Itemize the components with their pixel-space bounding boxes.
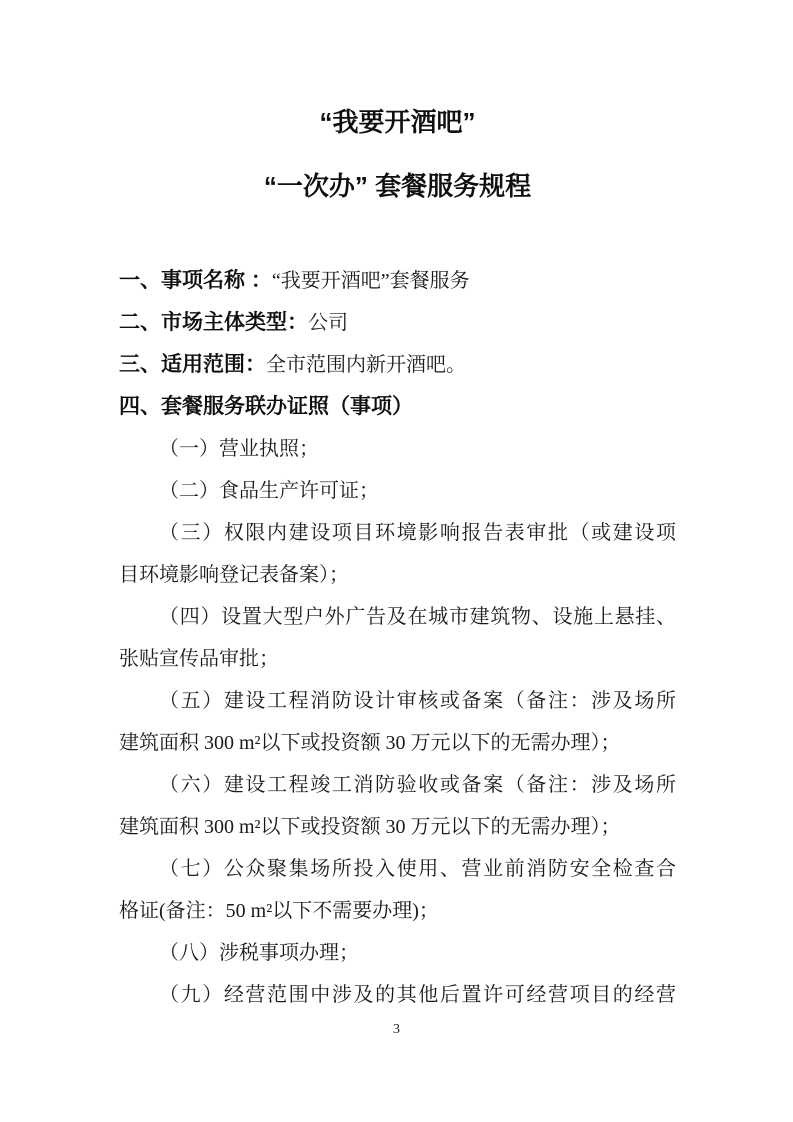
document-title: “我要开酒吧” “一次办” 套餐服务规程 (119, 90, 676, 218)
section-row: 四、套餐服务联办证照（事项） (119, 386, 676, 428)
page-number-footer: 3 (0, 1016, 793, 1044)
item-line: （八）涉税事项办理； (119, 932, 676, 974)
section-label: 四、套餐服务联办证照（事项） (119, 395, 413, 418)
item-line: 目环境影响登记表备案）； (119, 554, 676, 596)
item-line: （六）建设工程竣工消防验收或备案（备注：涉及场所 (119, 764, 676, 806)
item-line: 张贴宣传品审批； (119, 638, 676, 680)
document-title-line2: “一次办” 套餐服务规程 (119, 154, 676, 218)
document-content: 一、事项名称 ：“我要开酒吧”套餐服务二、市场主体类型：公司三、适用范围：全市范… (119, 260, 676, 1016)
sections-list: 一、事项名称 ：“我要开酒吧”套餐服务二、市场主体类型：公司三、适用范围：全市范… (119, 260, 676, 428)
list-item: （八）涉税事项办理； (119, 932, 676, 974)
list-item: （九）经营范围中涉及的其他后置许可经营项目的经营 (119, 974, 676, 1016)
items-list: （一）营业执照；（二）食品生产许可证；（三）权限内建设项目环境影响报告表审批（或… (119, 428, 676, 1016)
section-label: 二、市场主体类型： (119, 311, 308, 334)
item-line: （七）公众聚集场所投入使用、营业前消防安全检查合 (119, 848, 676, 890)
item-line: 格证(备注：50 m²以下不需要办理)； (119, 890, 676, 932)
item-line: 建筑面积 300 m²以下或投资额 30 万元以下的无需办理）； (119, 722, 676, 764)
document-title-line1: “我要开酒吧” (119, 90, 676, 154)
item-line: （五）建设工程消防设计审核或备案（备注：涉及场所 (119, 680, 676, 722)
list-item: （一）营业执照； (119, 428, 676, 470)
section-label: 一、事项名称 ： (119, 269, 272, 292)
list-item: （三）权限内建设项目环境影响报告表审批（或建设项目环境影响登记表备案）； (119, 512, 676, 596)
document-body: “我要开酒吧” “一次办” 套餐服务规程 一、事项名称 ：“我要开酒吧”套餐服务… (119, 90, 676, 1016)
section-text: 公司 (308, 312, 348, 334)
list-item: （五）建设工程消防设计审核或备案（备注：涉及场所建筑面积 300 m²以下或投资… (119, 680, 676, 764)
section-text: “我要开酒吧”套餐服务 (272, 270, 470, 292)
section-row: 二、市场主体类型：公司 (119, 302, 676, 344)
document-page: “我要开酒吧” “一次办” 套餐服务规程 一、事项名称 ：“我要开酒吧”套餐服务… (0, 0, 793, 1122)
list-item: （六）建设工程竣工消防验收或备案（备注：涉及场所建筑面积 300 m²以下或投资… (119, 764, 676, 848)
section-label: 三、适用范围： (119, 353, 266, 376)
section-row: 三、适用范围：全市范围内新开酒吧。 (119, 344, 676, 386)
list-item: （七）公众聚集场所投入使用、营业前消防安全检查合格证(备注：50 m²以下不需要… (119, 848, 676, 932)
item-line: （九）经营范围中涉及的其他后置许可经营项目的经营 (119, 974, 676, 1016)
item-line: （二）食品生产许可证； (119, 470, 676, 512)
section-row: 一、事项名称 ：“我要开酒吧”套餐服务 (119, 260, 676, 302)
section-text: 全市范围内新开酒吧。 (266, 354, 466, 376)
item-line: （三）权限内建设项目环境影响报告表审批（或建设项 (119, 512, 676, 554)
list-item: （二）食品生产许可证； (119, 470, 676, 512)
item-line: 建筑面积 300 m²以下或投资额 30 万元以下的无需办理）； (119, 806, 676, 848)
item-line: （一）营业执照； (119, 428, 676, 470)
item-line: （四）设置大型户外广告及在城市建筑物、设施上悬挂、 (119, 596, 676, 638)
list-item: （四）设置大型户外广告及在城市建筑物、设施上悬挂、张贴宣传品审批； (119, 596, 676, 680)
